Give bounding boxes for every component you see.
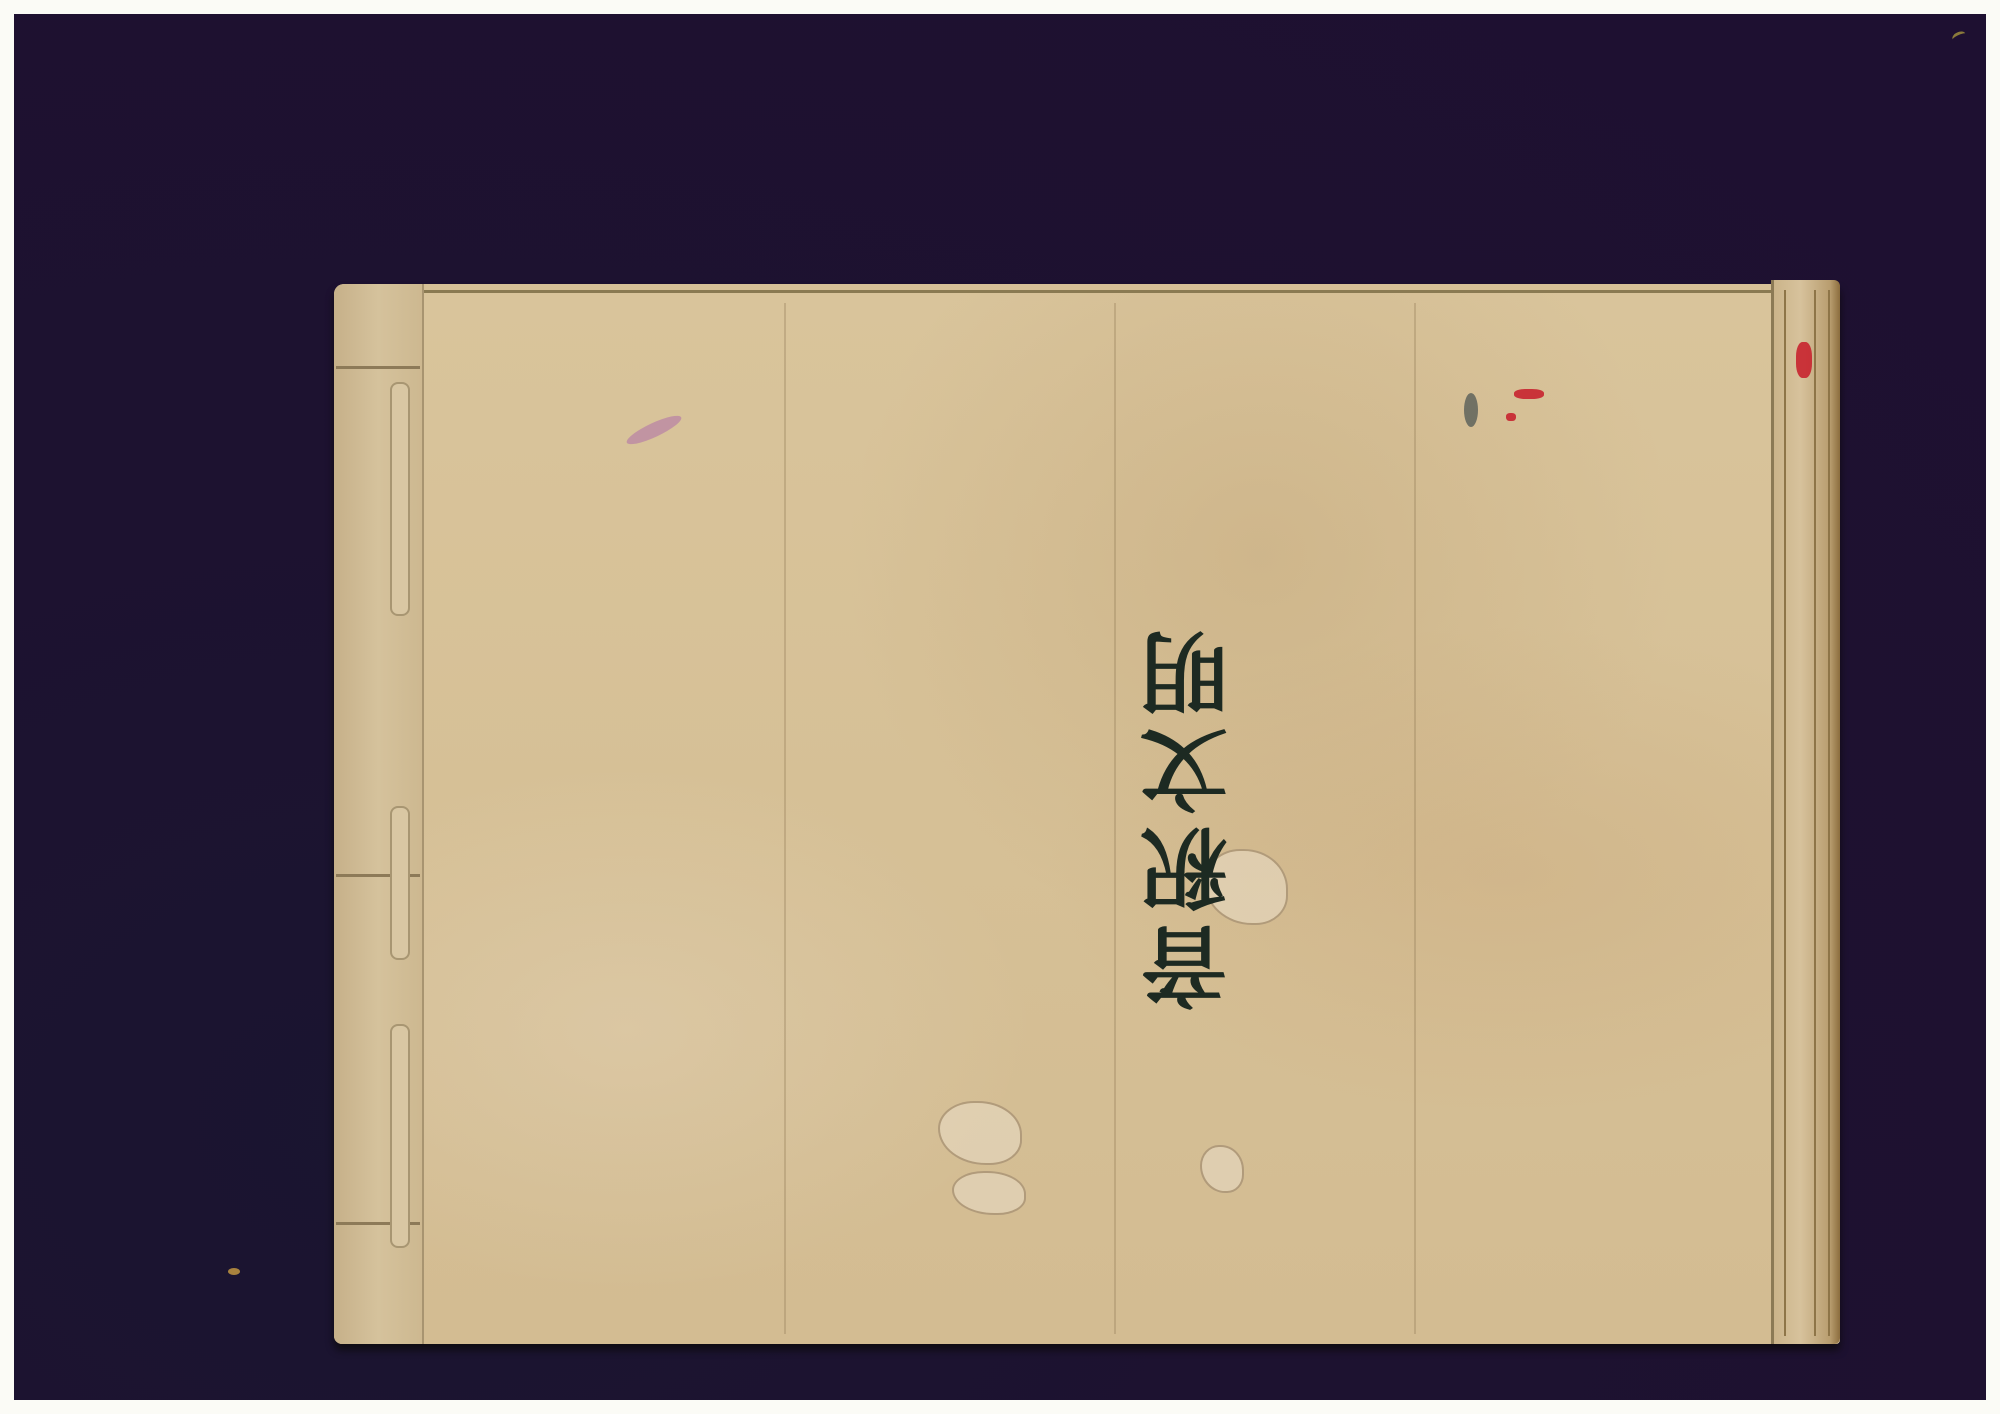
book: 音 釈 文 明 [334,284,1840,1344]
title-char: 音 [1140,917,1228,1013]
paper-crease [784,303,786,1334]
water-stain [1200,1145,1244,1193]
water-stain [952,1171,1026,1215]
spine-tab [390,1024,410,1248]
page-edges [1771,280,1840,1344]
paper-crease [1114,303,1116,1334]
binding-stitch [336,366,420,369]
page-edge-line [1828,290,1830,1336]
spine-tab [390,382,410,616]
ink-smudge [624,411,684,449]
page-edge-line [1814,290,1816,1336]
spine-tab [390,806,410,960]
red-seal-fragment [1796,342,1812,378]
stain-mark [1464,393,1478,427]
debris-mark [228,1268,240,1275]
title-char: 釈 [1140,819,1228,915]
title-char: 文 [1140,721,1228,817]
paper-crease [1414,303,1416,1334]
bound-spine [334,284,424,1344]
page-edge-line [1784,290,1786,1336]
title-char: 明 [1140,623,1228,719]
book-cover: 音 釈 文 明 [424,290,1774,1344]
cover-title: 音 釈 文 明 [1124,623,1244,1013]
red-seal-fragment [1514,389,1544,399]
red-seal-fragment [1506,413,1516,421]
water-stain [938,1101,1022,1165]
